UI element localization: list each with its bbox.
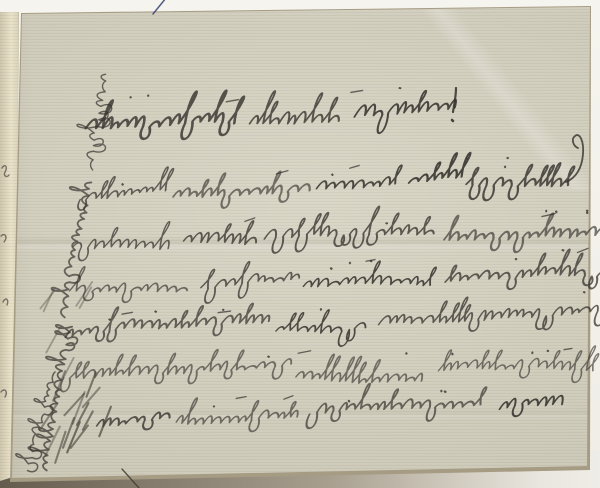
- letter-page: [0, 0, 600, 488]
- fold-crease: [0, 236, 600, 252]
- corner-crease: [370, 0, 600, 190]
- fold-crease-lower: [0, 408, 600, 420]
- letter-scan: [0, 0, 600, 488]
